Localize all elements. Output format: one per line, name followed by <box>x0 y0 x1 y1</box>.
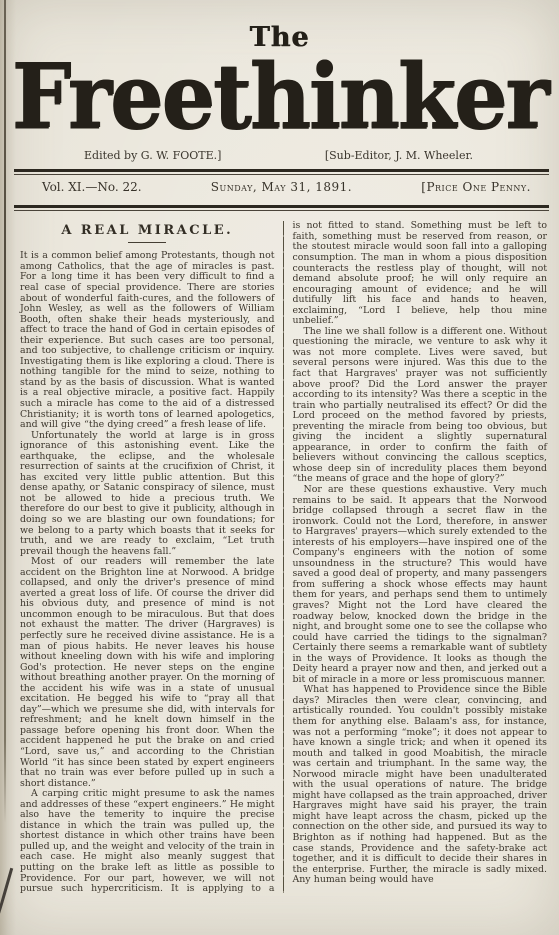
article-paragraph: Nor are these questions exhaustive. Very… <box>293 485 548 685</box>
sub-editor-name: [Sub-Editor, J. M. Wheeler. <box>325 149 473 162</box>
rule-thick-bottom <box>14 205 549 208</box>
article-paragraph: Most of our readers will remember the la… <box>20 557 275 789</box>
article-paragraph: The line we shall follow is a different … <box>293 327 548 485</box>
newspaper-page: The Freethinker Edited by G. W. FOOTE.] … <box>0 0 559 935</box>
article-paragraph: It is a common belief among Protestants,… <box>20 251 275 430</box>
price-label: [Price One Penny. <box>421 180 531 194</box>
masthead: The Freethinker <box>0 0 559 135</box>
article-paragraph: is not fitted to stand. Something must b… <box>293 221 548 326</box>
volume-number: Vol. XI.—No. 22. <box>42 180 142 194</box>
column-left: A REAL MIRACLE. It is a common belief am… <box>20 221 283 893</box>
dateline-rules: Vol. XI.—No. 22. Sunday, May 31, 1891. [… <box>0 169 559 211</box>
column-right: is not fitted to stand. Something must b… <box>284 221 548 893</box>
masthead-title: Freethinker <box>0 53 559 140</box>
dateline: Vol. XI.—No. 22. Sunday, May 31, 1891. [… <box>14 175 549 198</box>
article-body: A REAL MIRACLE. It is a common belief am… <box>0 211 559 893</box>
rule-thick-top <box>14 169 549 172</box>
editor-name: Edited by G. W. FOOTE.] <box>84 149 221 162</box>
article-paragraph: Unfortunately the world at large is in g… <box>20 431 275 558</box>
editor-line: Edited by G. W. FOOTE.] [Sub-Editor, J. … <box>0 149 559 162</box>
article-paragraph: A carping critic might presume to ask th… <box>20 789 275 893</box>
headline-rule <box>128 242 166 243</box>
article-paragraph: What has happened to Providence since th… <box>293 685 548 885</box>
issue-date: Sunday, May 31, 1891. <box>211 180 352 194</box>
article-title: A REAL MIRACLE. <box>20 223 275 238</box>
